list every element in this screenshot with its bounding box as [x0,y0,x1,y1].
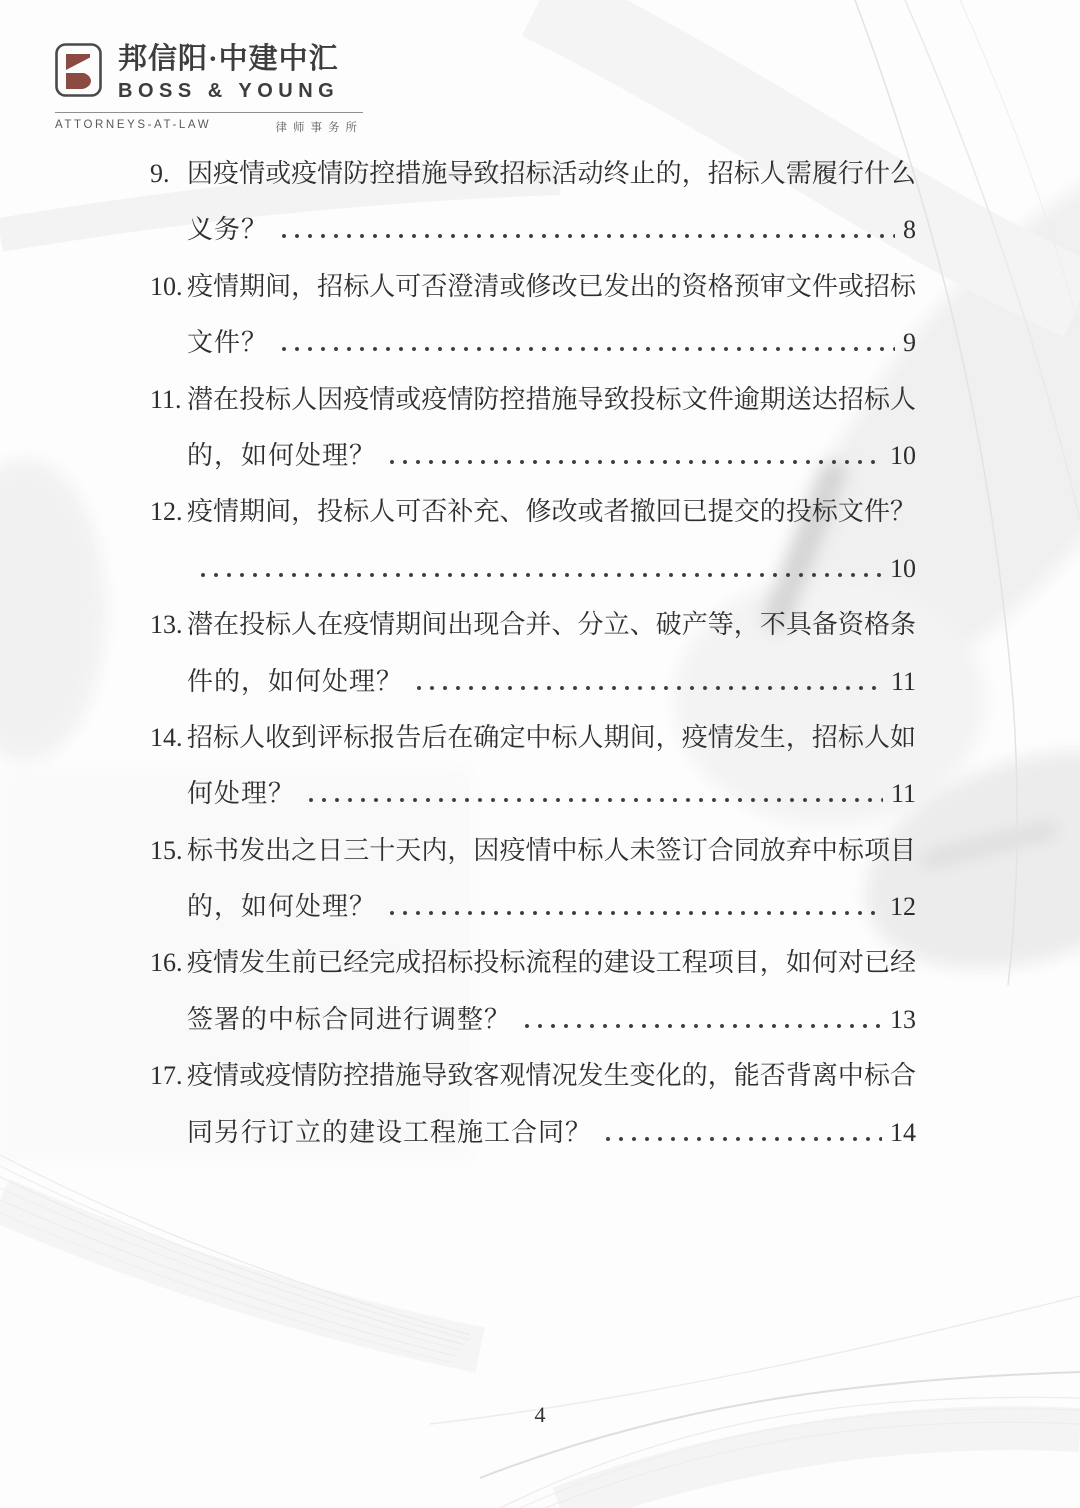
dot-leader [309,794,883,802]
firm-logo: 邦信阳·中建中汇 BOSS & YOUNG ATTORNEYS-AT-LAW 律… [55,36,363,135]
toc-item-number: 11. [150,372,182,428]
dot-leader [390,907,882,915]
dot-leader [606,1133,882,1141]
toc-item-page-number: 14 [890,1105,916,1161]
firm-tagline-cn: 律师事务所 [276,119,364,135]
toc-item-number: 16. [150,935,183,991]
dot-leader [390,456,882,464]
toc-list: 9. 因疫情或疫情防控措施导致招标活动终止的，招标人需履行什么 义务？ 8 10… [150,146,916,1161]
toc-item-number: 15. [150,823,183,879]
toc-item-line2: 义务？ 8 [187,202,916,258]
toc-item-line2-text: 文件？ [187,315,268,371]
logo-divider [55,112,363,113]
toc-item-line1: 疫情发生前已经完成招标投标流程的建设工程项目，如何对已经 [187,935,916,991]
toc-item-page-number: 9 [903,315,916,371]
firm-tagline: ATTORNEYS-AT-LAW 律师事务所 [55,119,363,135]
toc-item-line1: 疫情或疫情防控措施导致客观情况发生变化的，能否背离中标合 [187,1048,916,1104]
toc-item: 17. 疫情或疫情防控措施导致客观情况发生变化的，能否背离中标合 同另行订立的建… [150,1048,916,1161]
toc-item-number: 14. [150,710,183,766]
toc-item: 13. 潜在投标人在疫情期间出现合并、分立、破产等，不具备资格条 件的，如何处理… [150,597,916,710]
toc-item-page-number: 10 [890,541,916,597]
toc-item: 16. 疫情发生前已经完成招标投标流程的建设工程项目，如何对已经 签署的中标合同… [150,935,916,1048]
toc-item-line2-text: 的，如何处理？ [187,879,376,935]
toc-item: 9. 因疫情或疫情防控措施导致招标活动终止的，招标人需履行什么 义务？ 8 [150,146,916,259]
toc-item-line2: 何处理？ 11 [187,766,916,822]
toc-item-page-number: 12 [890,879,916,935]
toc-item-line2: 10 [187,541,916,597]
toc-item-line2: 同另行订立的建设工程施工合同？ 14 [187,1105,916,1161]
toc-item-line2-text: 义务？ [187,202,268,258]
toc-item-line2-text: 签署的中标合同进行调整？ [187,992,511,1048]
toc-item-line1: 因疫情或疫情防控措施导致招标活动终止的，招标人需履行什么 [187,146,916,202]
toc-item-line2: 文件？ 9 [187,315,916,371]
toc-item-line2: 签署的中标合同进行调整？ 13 [187,992,916,1048]
toc-item-line2-text: 件的，如何处理？ [187,654,403,710]
toc-item-line1: 潜在投标人在疫情期间出现合并、分立、破产等，不具备资格条 [187,597,916,653]
firm-logo-lockup: 邦信阳·中建中汇 BOSS & YOUNG [55,36,363,103]
toc-item-line2: 的，如何处理？ 10 [187,428,916,484]
toc-item-line1: 标书发出之日三十天内，因疫情中标人未签订合同放弃中标项目 [187,823,916,879]
dot-leader [201,569,882,577]
toc-item-page-number: 10 [890,428,916,484]
firm-name-en: BOSS & YOUNG [118,80,363,103]
firm-tagline-en: ATTORNEYS-AT-LAW [55,119,211,135]
toc-item-line2: 的，如何处理？ 12 [187,879,916,935]
toc-item-line2: 件的，如何处理？ 11 [187,654,916,710]
firm-names: 邦信阳·中建中汇 BOSS & YOUNG [118,36,363,103]
toc-item-line2-text: 何处理？ [187,766,295,822]
logo-mark-icon [55,43,102,97]
toc-item-line1: 招标人收到评标报告后在确定中标人期间，疫情发生，招标人如 [187,710,916,766]
dot-leader [417,682,883,690]
toc-item-line1: 潜在投标人因疫情或疫情防控措施导致投标文件逾期送达招标人 [187,372,916,428]
firm-name-cn: 邦信阳·中建中汇 [118,36,363,77]
toc-item-number: 17. [150,1048,183,1104]
dot-leader [282,343,895,351]
toc-item-line1: 疫情期间，投标人可否补充、修改或者撤回已提交的投标文件？ [187,484,916,540]
dot-leader [282,230,895,238]
toc-item: 12. 疫情期间，投标人可否补充、修改或者撤回已提交的投标文件？ 10 [150,484,916,597]
toc-item-page-number: 11 [891,766,916,822]
toc-item-number: 10. [150,259,183,315]
toc-item-line1: 疫情期间，招标人可否澄清或修改已发出的资格预审文件或招标 [187,259,916,315]
toc-item-page-number: 8 [903,202,916,258]
toc-item-line2-text: 的，如何处理？ [187,428,376,484]
toc-item: 15. 标书发出之日三十天内，因疫情中标人未签订合同放弃中标项目 的，如何处理？… [150,823,916,936]
toc-item-number: 13. [150,597,183,653]
page-number: 4 [0,1402,1080,1428]
dot-leader [525,1020,882,1028]
toc-item-page-number: 11 [891,654,916,710]
toc-item: 11. 潜在投标人因疫情或疫情防控措施导致投标文件逾期送达招标人 的，如何处理？… [150,372,916,485]
toc-item-line2-text: 同另行订立的建设工程施工合同？ [187,1105,592,1161]
toc-item: 14. 招标人收到评标报告后在确定中标人期间，疫情发生，招标人如 何处理？ 11 [150,710,916,823]
decor-bottom-left-swoosh [0,1155,480,1362]
toc-item-page-number: 13 [890,992,916,1048]
toc-item: 10. 疫情期间，招标人可否澄清或修改已发出的资格预审文件或招标 文件？ 9 [150,259,916,372]
toc-item-number: 9. [150,146,170,202]
toc-item-number: 12. [150,484,183,540]
